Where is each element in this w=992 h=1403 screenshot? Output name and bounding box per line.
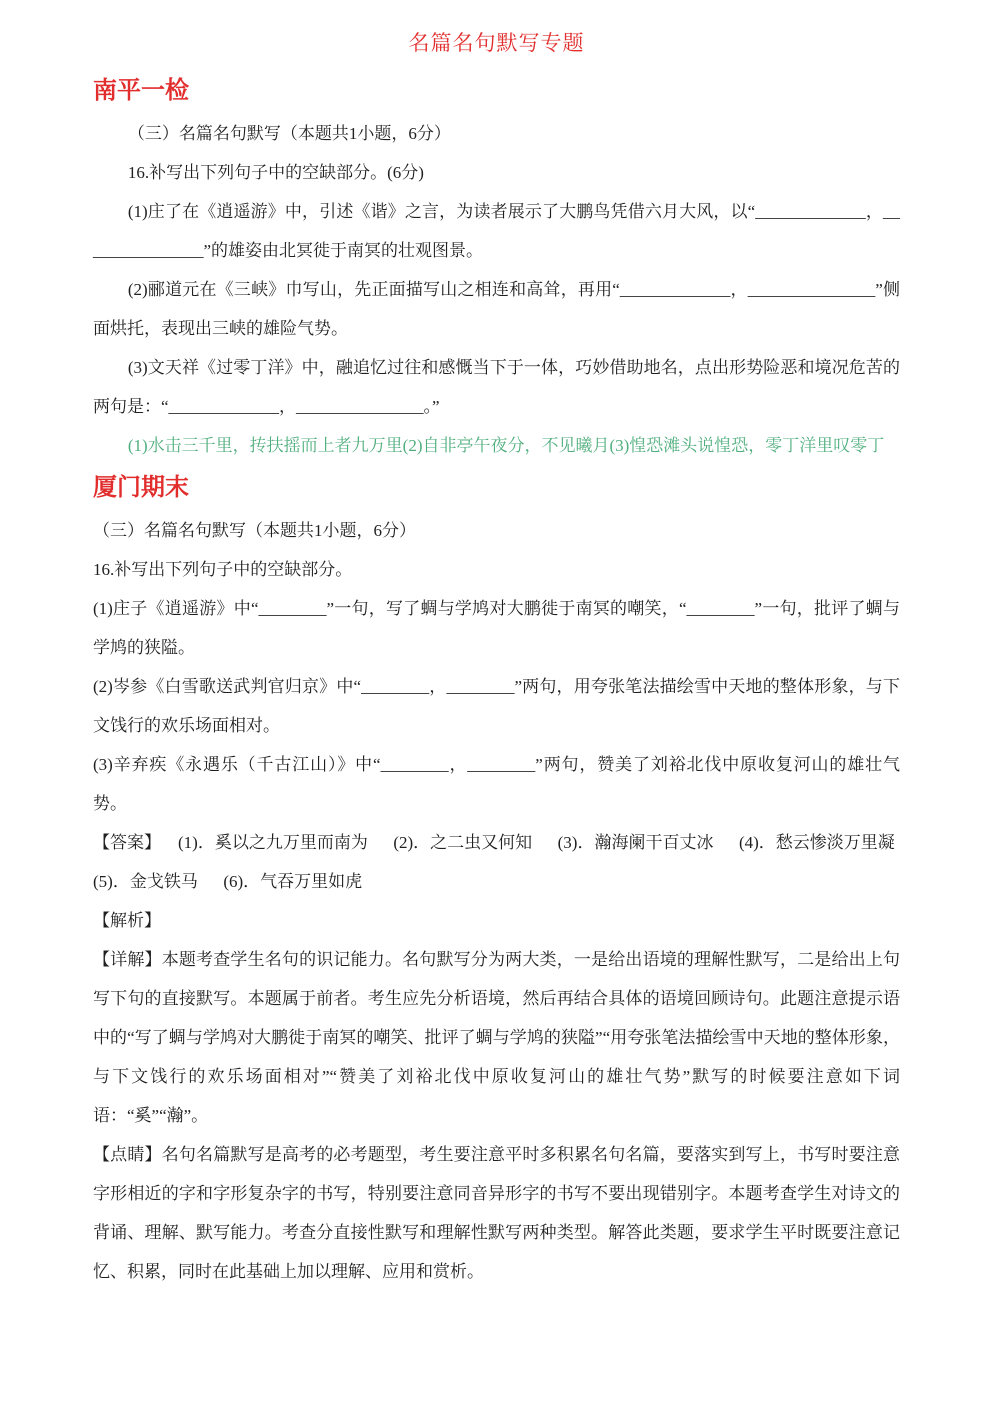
paragraph: (3)辛弃疾《永遇乐（千古江山）》中“________，________”两句，… [93, 745, 900, 823]
section-xiamen-qimo: 厦门期末 （三）名篇名句默写（本题共1小题，6分）16.补写出下列句子中的空缺部… [93, 473, 900, 1291]
section-heading-nanping: 南平一检 [93, 76, 900, 106]
section-heading-xiamen: 厦门期末 [93, 473, 900, 503]
section-body-nanping: （三）名篇名句默写（本题共1小题，6分）16.补写出下列句子中的空缺部分。(6分… [93, 114, 900, 465]
paragraph: 16.补写出下列句子中的空缺部分。 [93, 550, 900, 589]
paragraph: 【详解】本题考查学生名句的识记能力。名句默写分为两大类，一是给出语境的理解性默写… [93, 940, 900, 1135]
paragraph: （三）名篇名句默写（本题共1小题，6分） [93, 114, 900, 153]
paragraph: (1)水击三千里，抟扶摇而上者九万里(2)自非亭午夜分，不见曦月(3)惶恐滩头说… [93, 426, 900, 465]
paragraph: 【解析】 [93, 901, 900, 940]
paragraph: 16.补写出下列句子中的空缺部分。(6分) [93, 153, 900, 192]
paragraph: 【点睛】名句名篇默写是高考的必考题型，考生要注意平时多积累名句名篇，要落实到写上… [93, 1135, 900, 1291]
paragraph: 【答案】 (1)．奚以之九万里而南为 (2)．之二虫又何知 (3)．瀚海阑干百丈… [93, 823, 900, 901]
section-nanping-yijian: 南平一检 （三）名篇名句默写（本题共1小题，6分）16.补写出下列句子中的空缺部… [93, 76, 900, 465]
paragraph: (2)岑参《白雪歌送武判官归京》中“________，________”两句，用… [93, 667, 900, 745]
paragraph: (1)庄了在《逍遥游》中，引述《谐》之言，为读者展示了大鹏鸟凭借六月大风，以“_… [93, 192, 900, 270]
section-body-xiamen: （三）名篇名句默写（本题共1小题，6分）16.补写出下列句子中的空缺部分。(1)… [93, 511, 900, 1291]
paragraph: (1)庄子《逍遥游》中“________”一句，写了蜩与学鸠对大鹏徙于南冥的嘲笑… [93, 589, 900, 667]
paragraph: (2)郦道元在《三峡》巾写山，先正面描写山之相连和高耸，再用“_________… [93, 270, 900, 348]
paragraph: （三）名篇名句默写（本题共1小题，6分） [93, 511, 900, 550]
document-page: 名篇名句默写专题 南平一检 （三）名篇名句默写（本题共1小题，6分）16.补写出… [0, 0, 992, 1403]
document-title: 名篇名句默写专题 [93, 26, 900, 60]
paragraph: (3)文天祥《过零丁洋》中，融追忆过往和感慨当下于一体，巧妙借助地名，点出形势险… [93, 348, 900, 426]
